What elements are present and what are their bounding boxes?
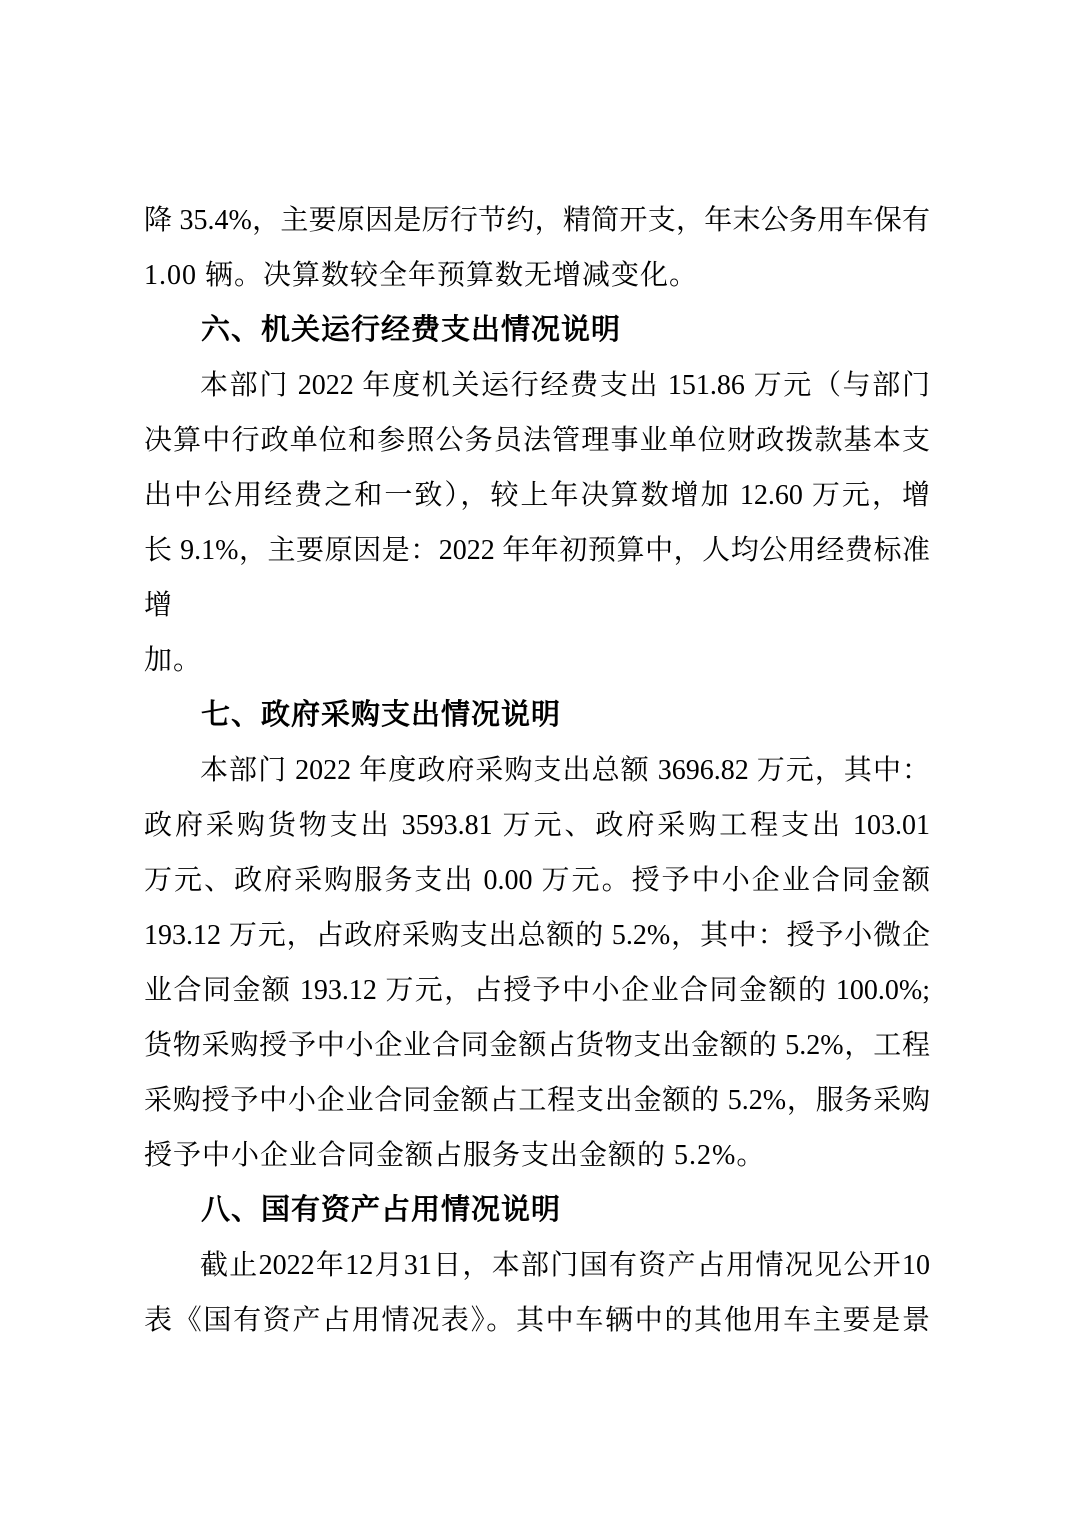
section-heading-six: 六、机关运行经费支出情况说明 [144,303,930,358]
paragraph-line: 政府采购货物支出 3593.81 万元、政府采购工程支出 103.01 [144,798,930,853]
paragraph-line: 采购授予中小企业合同金额占工程支出金额的 5.2%，服务采购 [144,1073,930,1128]
paragraph-line: 本部门 2022 年度机关运行经费支出 151.86 万元（与部门 [144,358,930,413]
paragraph-line: 决算中行政单位和参照公务员法管理事业单位财政拨款基本支 [144,413,930,468]
document-page: 降 35.4%，主要原因是厉行节约，精简开支，年末公务用车保有 1.00 辆。决… [0,0,1074,1520]
paragraph-line: 降 35.4%，主要原因是厉行节约，精简开支，年末公务用车保有 [144,193,930,248]
paragraph-line: 本部门 2022 年度政府采购支出总额 3696.82 万元，其中： [144,743,930,798]
paragraph-line: 表《国有资产占用情况表》。其中车辆中的其他用车主要是景 [144,1293,930,1348]
paragraph-line: 193.12 万元，占政府采购支出总额的 5.2%，其中：授予小微企 [144,908,930,963]
paragraph-line: 万元、政府采购服务支出 0.00 万元。授予中小企业合同金额 [144,853,930,908]
paragraph-line: 截止2022年12月31日，本部门国有资产占用情况见公开10 [144,1238,930,1293]
paragraph-line: 出中公用经费之和一致），较上年决算数增加 12.60 万元，增 [144,468,930,523]
paragraph-line: 业合同金额 193.12 万元，占授予中小企业合同金额的 100.0%; [144,963,930,1018]
section-heading-eight: 八、国有资产占用情况说明 [144,1183,930,1238]
section-heading-seven: 七、政府采购支出情况说明 [144,688,930,743]
document-body: 降 35.4%，主要原因是厉行节约，精简开支，年末公务用车保有 1.00 辆。决… [144,193,930,1348]
paragraph-line: 1.00 辆。决算数较全年预算数无增减变化。 [144,248,930,303]
paragraph-line: 加。 [144,633,930,688]
paragraph-line: 长 9.1%，主要原因是：2022 年年初预算中，人均公用经费标准增 [144,523,930,633]
paragraph-line: 货物采购授予中小企业合同金额占货物支出金额的 5.2%，工程 [144,1018,930,1073]
paragraph-line: 授予中小企业合同金额占服务支出金额的 5.2%。 [144,1128,930,1183]
